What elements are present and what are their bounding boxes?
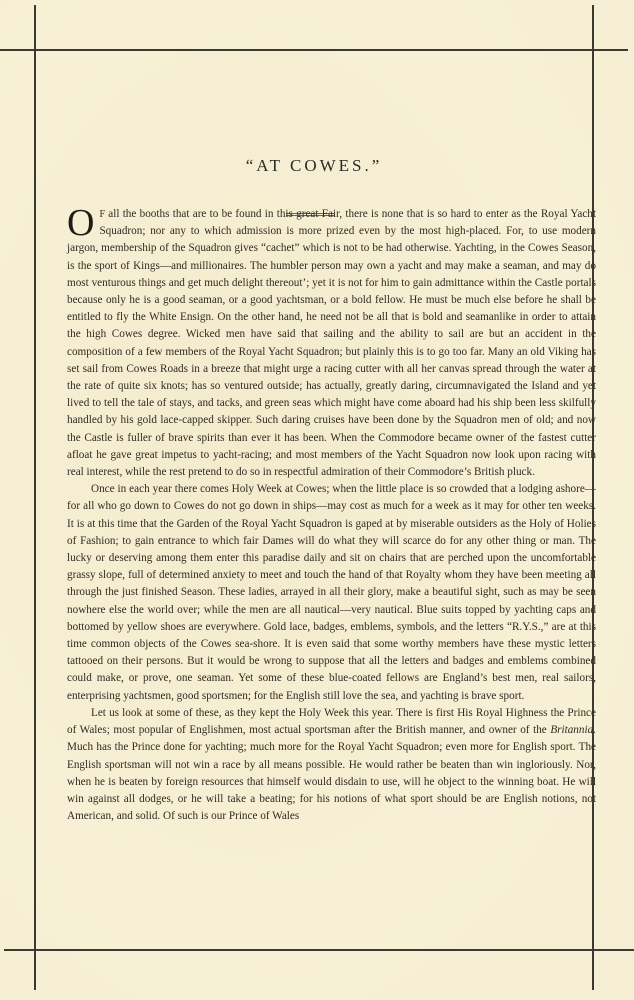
paragraph-3-text-b: Much has the Prince done for yachting; m… [67,741,596,822]
paragraph-3-text-a: Let us look at some of these, as they ke… [67,707,596,736]
frame-rule-left [34,5,36,990]
article-body: OF all the booths that are to be found i… [67,206,596,825]
paragraph-1: OF all the booths that are to be found i… [67,206,596,481]
ship-name: Britannia. [550,724,596,736]
paragraph-3: Let us look at some of these, as they ke… [67,705,596,825]
page-title: “AT COWES.” [36,156,592,176]
frame-rule-bottom [4,949,634,951]
paragraph-2: Once in each year there comes Holy Week … [67,481,596,705]
frame-rule-top [0,49,628,51]
drop-cap: O [67,208,94,238]
paragraph-1-text: all the booths that are to be found in t… [67,208,596,478]
